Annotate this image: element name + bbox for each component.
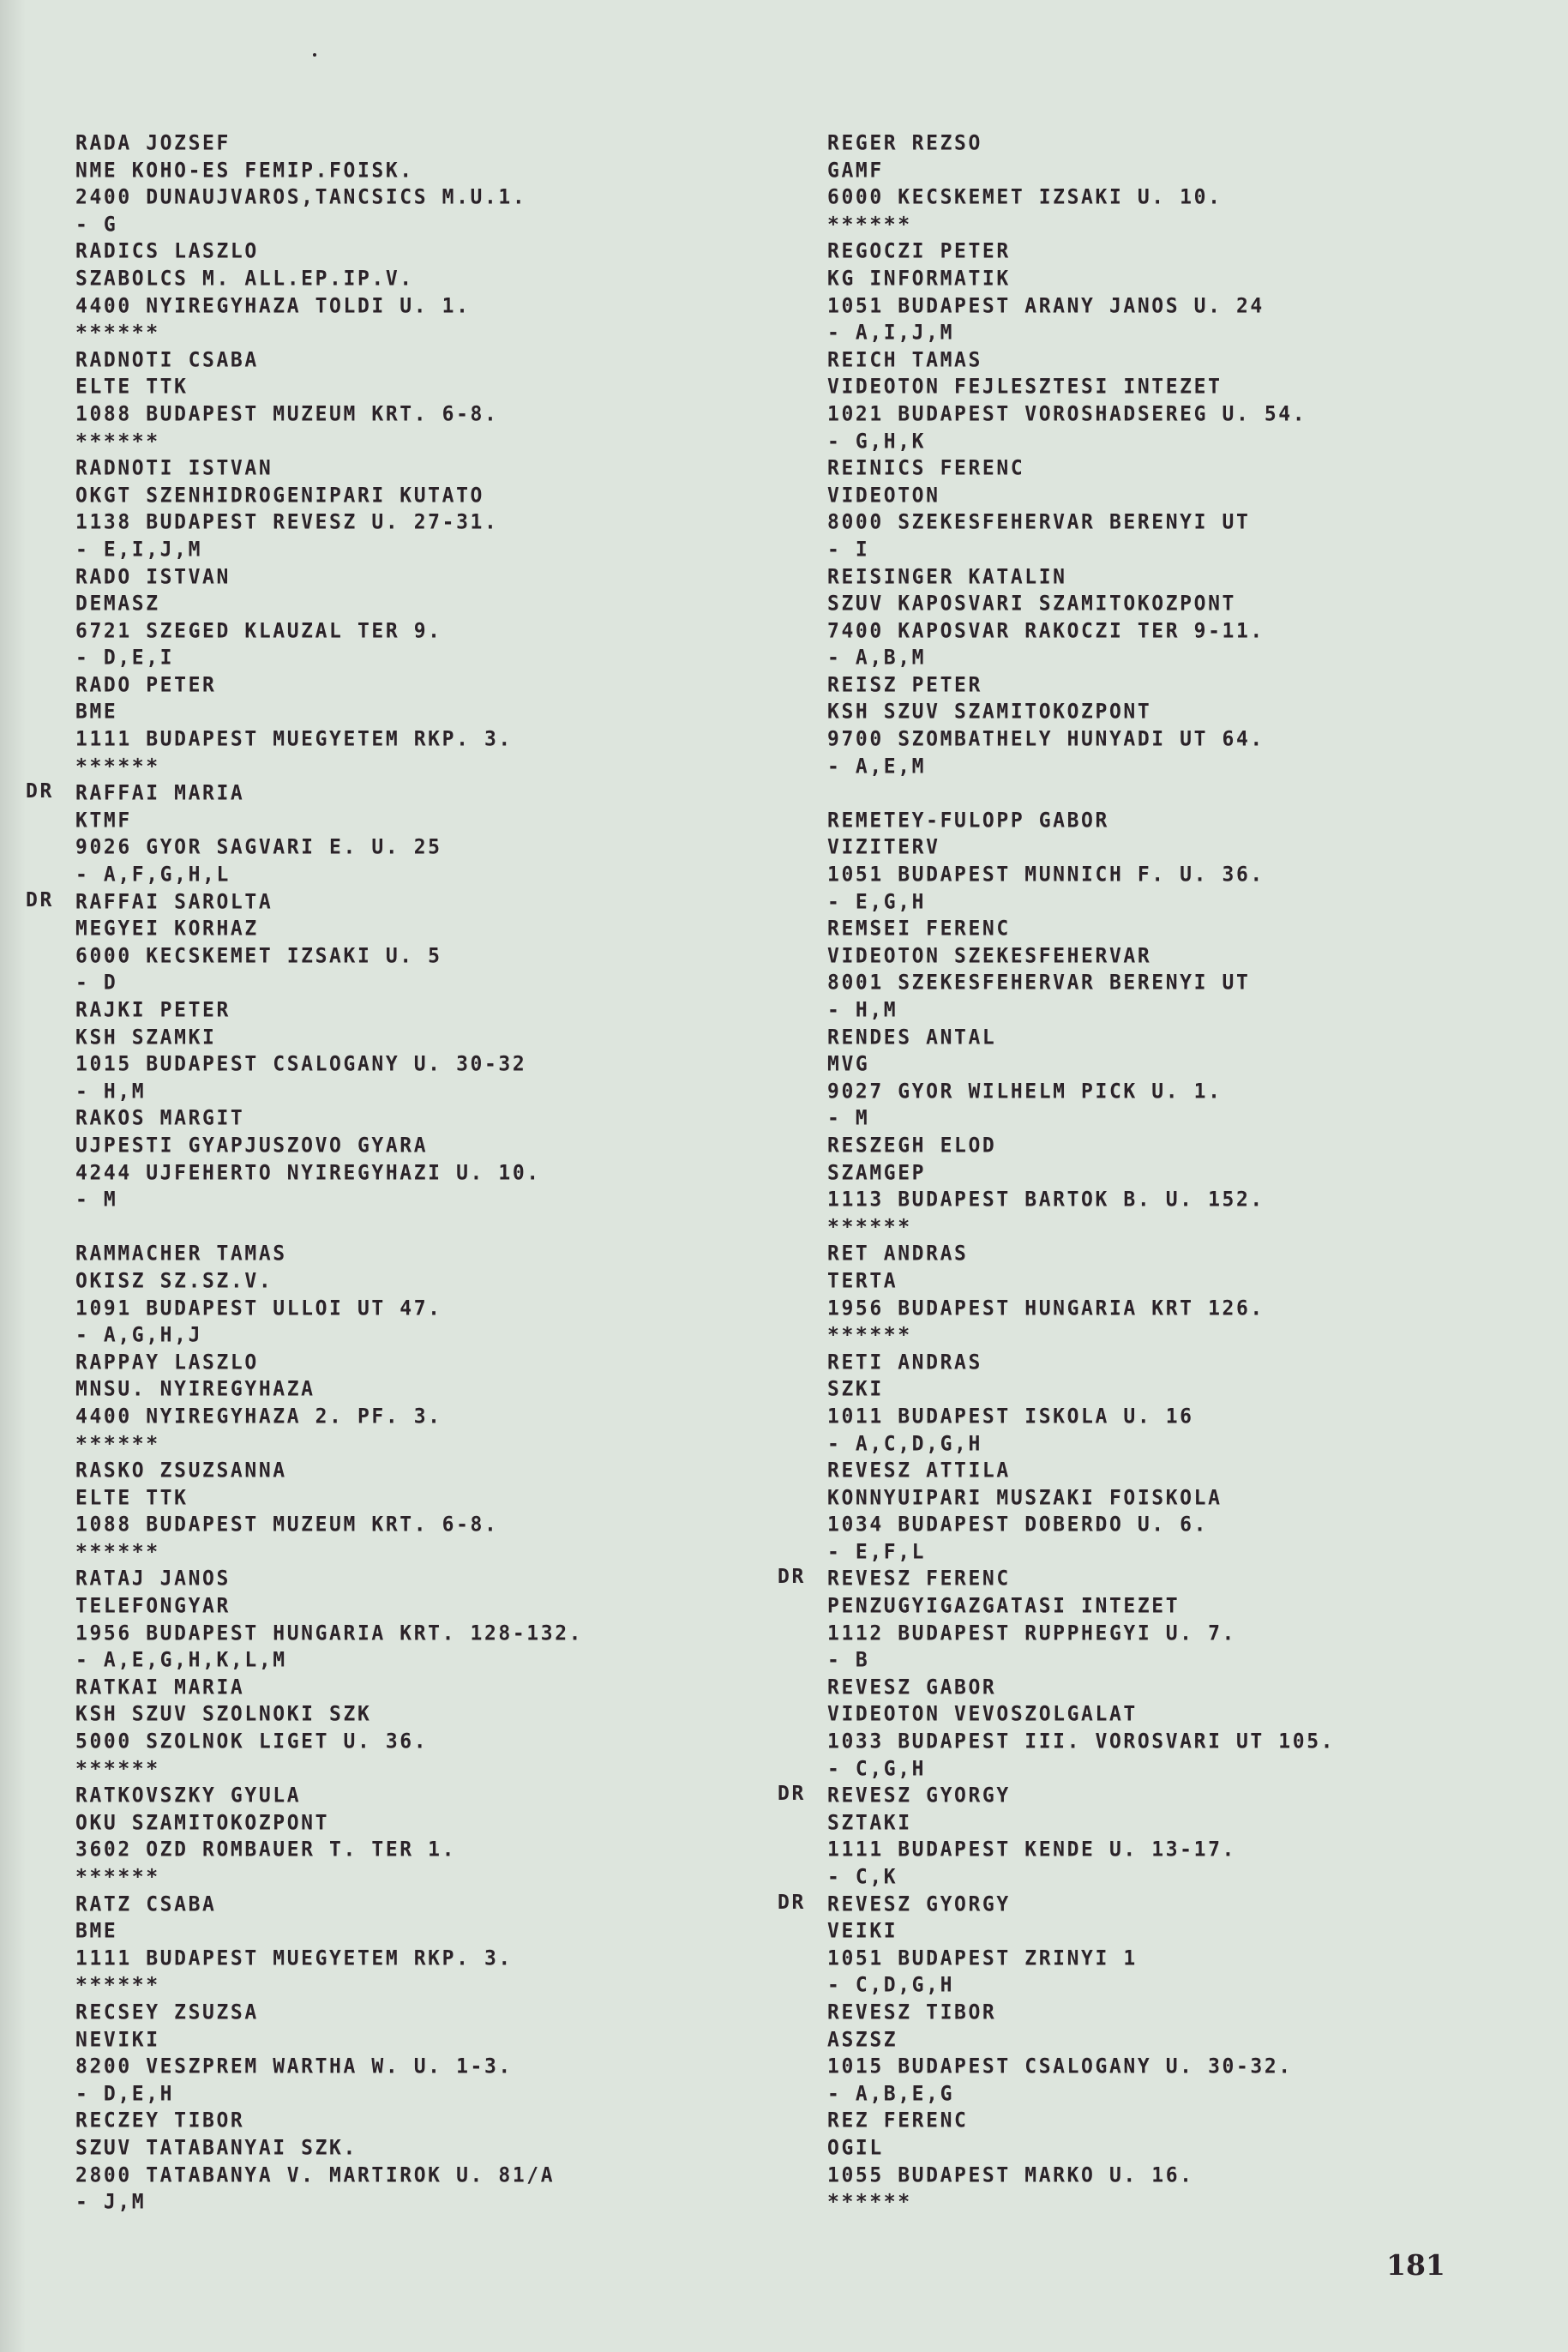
entry-address: 8000 SZEKESFEHERVAR BERENYI UT bbox=[827, 509, 1335, 538]
entry-institution: KTMF bbox=[75, 807, 583, 835]
entry-institution: OGIL bbox=[827, 2134, 1335, 2163]
entry-institution: MEGYEI KORHAZ bbox=[75, 915, 583, 943]
entry-address: 8001 SZEKESFEHERVAR BERENYI UT bbox=[827, 970, 1335, 998]
entry-name: RECZEY TIBOR bbox=[75, 2108, 583, 2136]
directory-entry: REMSEI FERENCVIDEOTON SZEKESFEHERVAR8001… bbox=[827, 916, 1335, 1024]
entry-institution: VEIKI bbox=[827, 1917, 1335, 1946]
entry-name: RESZEGH ELOD bbox=[827, 1132, 1335, 1160]
directory-entry: REGOCZI PETERKG INFORMATIK1051 BUDAPEST … bbox=[827, 238, 1335, 346]
entry-institution: VIZITERV bbox=[827, 834, 1335, 863]
entry-institution: KSH SZUV SZAMITOKOZPONT bbox=[827, 699, 1335, 727]
entry-institution: SZAMGEP bbox=[827, 1159, 1335, 1188]
entry-name: REICH TAMAS bbox=[827, 346, 1335, 375]
entry-codes: - G bbox=[75, 211, 583, 239]
entry-address: 1138 BUDAPEST REVESZ U. 27-31. bbox=[75, 509, 583, 538]
entry-institution: DEMASZ bbox=[75, 590, 583, 618]
entry-institution: KONNYUIPARI MUSZAKI FOISKOLA bbox=[827, 1484, 1335, 1513]
entry-name: RAPPAY LASZLO bbox=[75, 1349, 583, 1377]
entry-codes: - E,F,L bbox=[827, 1538, 1335, 1567]
entry-codes: ****** bbox=[827, 1213, 1335, 1242]
title-prefix: DR bbox=[778, 1892, 806, 1914]
entry-institution: VIDEOTON VEVOSZOLGALAT bbox=[827, 1701, 1335, 1729]
entry-address: 1015 BUDAPEST CSALOGANY U. 30-32 bbox=[75, 1050, 583, 1079]
directory-entry: RESZEGH ELODSZAMGEP1113 BUDAPEST BARTOK … bbox=[827, 1133, 1335, 1241]
entry-codes: - H,M bbox=[75, 1078, 583, 1106]
entry-name: RETI ANDRAS bbox=[827, 1349, 1335, 1377]
entry-address: 8200 VESZPREM WARTHA W. U. 1-3. bbox=[75, 2053, 583, 2081]
directory-entry: RAPPAY LASZLOMNSU. NYIREGYHAZA4400 NYIRE… bbox=[75, 1350, 583, 1458]
entry-codes: ****** bbox=[75, 1430, 583, 1459]
entry-address: 1051 BUDAPEST ARANY JANOS U. 24 bbox=[827, 292, 1335, 321]
directory-entry: DRRAFFAI MARIAKTMF9026 GYOR SAGVARI E. U… bbox=[75, 780, 583, 888]
entry-institution: MNSU. NYIREGYHAZA bbox=[75, 1376, 583, 1405]
entry-name: RET ANDRAS bbox=[827, 1241, 1335, 1269]
entry-institution: OKU SZAMITOKOZPONT bbox=[75, 1809, 583, 1838]
entry-address: 1011 BUDAPEST ISKOLA U. 16 bbox=[827, 1403, 1335, 1431]
entry-name: RATKAI MARIA bbox=[75, 1674, 583, 1702]
entry-name: RECSEY ZSUZSA bbox=[75, 1999, 583, 2027]
entry-name: RAFFAI SAROLTA bbox=[75, 888, 583, 917]
directory-entry: RADNOTI ISTVANOKGT SZENHIDROGENIPARI KUT… bbox=[75, 455, 583, 563]
directory-column-left: RADA JOZSEFNME KOHO-ES FEMIP.FOISK.2400 … bbox=[75, 130, 583, 2217]
entry-codes: - A,B,E,G bbox=[827, 2080, 1335, 2108]
entry-name: RATAJ JANOS bbox=[75, 1566, 583, 1594]
directory-column-right: REGER REZSOGAMF6000 KECSKEMET IZSAKI U. … bbox=[827, 130, 1335, 2217]
entry-address: 4400 NYIREGYHAZA TOLDI U. 1. bbox=[75, 292, 583, 321]
entry-name: RASKO ZSUZSANNA bbox=[75, 1457, 583, 1485]
entry-name: RAKOS MARGIT bbox=[75, 1105, 583, 1134]
entry-institution: NME KOHO-ES FEMIP.FOISK. bbox=[75, 157, 583, 185]
directory-entry: RADICS LASZLOSZABOLCS M. ALL.EP.IP.V.440… bbox=[75, 238, 583, 346]
directory-entry: RECZEY TIBORSZUV TATABANYAI SZK.2800 TAT… bbox=[75, 2108, 583, 2216]
entry-codes: ****** bbox=[827, 1321, 1335, 1350]
entry-codes: - A,E,G,H,K,L,M bbox=[75, 1646, 583, 1675]
title-prefix: DR bbox=[26, 889, 54, 911]
directory-entry: RATAJ JANOSTELEFONGYAR1956 BUDAPEST HUNG… bbox=[75, 1566, 583, 1674]
entry-address: 5000 SZOLNOK LIGET U. 36. bbox=[75, 1728, 583, 1756]
entry-institution: OKGT SZENHIDROGENIPARI KUTATO bbox=[75, 482, 583, 510]
directory-entry: RENDES ANTALMVG9027 GYOR WILHELM PICK U.… bbox=[827, 1025, 1335, 1133]
entry-name: RENDES ANTAL bbox=[827, 1024, 1335, 1052]
directory-entry: RADO ISTVANDEMASZ6721 SZEGED KLAUZAL TER… bbox=[75, 564, 583, 672]
entry-name: RAMMACHER TAMAS bbox=[75, 1241, 583, 1269]
entry-name: RATKOVSZKY GYULA bbox=[75, 1782, 583, 1810]
directory-entry: RATZ CSABABME1111 BUDAPEST MUEGYETEM RKP… bbox=[75, 1892, 583, 2000]
entry-address: 1033 BUDAPEST III. VOROSVARI UT 105. bbox=[827, 1728, 1335, 1756]
directory-entry: DRREVESZ GYORGYSZTAKI1111 BUDAPEST KENDE… bbox=[827, 1783, 1335, 1891]
entry-codes: - A,F,G,H,L bbox=[75, 861, 583, 889]
directory-entry: RECSEY ZSUZSANEVIKI8200 VESZPREM WARTHA … bbox=[75, 2000, 583, 2108]
entry-codes: - A,I,J,M bbox=[827, 319, 1335, 347]
directory-entry: REISINGER KATALINSZUV KAPOSVARI SZAMITOK… bbox=[827, 564, 1335, 672]
entry-address: 1088 BUDAPEST MUZEUM KRT. 6-8. bbox=[75, 400, 583, 429]
entry-address: 1956 BUDAPEST HUNGARIA KRT. 128-132. bbox=[75, 1620, 583, 1648]
title-prefix: DR bbox=[778, 1783, 806, 1805]
entry-address: 1956 BUDAPEST HUNGARIA KRT 126. bbox=[827, 1295, 1335, 1323]
directory-entry: RAJKI PETERKSH SZAMKI1015 BUDAPEST CSALO… bbox=[75, 997, 583, 1105]
entry-name: REISZ PETER bbox=[827, 671, 1335, 700]
entry-address: 1113 BUDAPEST BARTOK B. U. 152. bbox=[827, 1186, 1335, 1214]
entry-name: REVESZ ATTILA bbox=[827, 1457, 1335, 1485]
entry-name: REMETEY-FULOPP GABOR bbox=[827, 807, 1335, 835]
directory-entry: RETI ANDRASSZKI1011 BUDAPEST ISKOLA U. 1… bbox=[827, 1350, 1335, 1458]
entry-institution: ASZSZ bbox=[827, 2026, 1335, 2054]
directory-entry: RATKAI MARIAKSH SZUV SZOLNOKI SZK5000 SZ… bbox=[75, 1675, 583, 1783]
entry-institution: NEVIKI bbox=[75, 2026, 583, 2054]
directory-entry: RASKO ZSUZSANNAELTE TTK1088 BUDAPEST MUZ… bbox=[75, 1458, 583, 1566]
page-edge-shadow bbox=[0, 0, 26, 2352]
entry-codes: - A,B,M bbox=[827, 644, 1335, 672]
ink-speck bbox=[313, 53, 316, 57]
entry-institution: VIDEOTON FEJLESZTESI INTEZET bbox=[827, 374, 1335, 402]
entry-address: 9027 GYOR WILHELM PICK U. 1. bbox=[827, 1078, 1335, 1106]
entry-institution: KG INFORMATIK bbox=[827, 265, 1335, 293]
entry-institution: VIDEOTON bbox=[827, 482, 1335, 510]
entry-codes: ****** bbox=[75, 319, 583, 347]
entry-codes: - I bbox=[827, 536, 1335, 564]
entry-name: REVESZ TIBOR bbox=[827, 1999, 1335, 2027]
entry-name: REINICS FERENC bbox=[827, 454, 1335, 483]
entry-name: REGER REZSO bbox=[827, 129, 1335, 158]
entry-codes: ****** bbox=[75, 1755, 583, 1784]
directory-entry: RAMMACHER TAMASOKISZ SZ.SZ.V.1091 BUDAPE… bbox=[75, 1241, 583, 1349]
entry-codes: ****** bbox=[827, 2188, 1335, 2217]
entry-name: RAJKI PETER bbox=[75, 996, 583, 1025]
entry-address: 1111 BUDAPEST MUEGYETEM RKP. 3. bbox=[75, 725, 583, 754]
entry-address: 1088 BUDAPEST MUZEUM KRT. 6-8. bbox=[75, 1511, 583, 1539]
entry-address: 1015 BUDAPEST CSALOGANY U. 30-32. bbox=[827, 2053, 1335, 2081]
entry-address: 2400 DUNAUJVAROS,TANCSICS M.U.1. bbox=[75, 183, 583, 212]
entry-spacer bbox=[827, 779, 1335, 808]
entry-name: RAFFAI MARIA bbox=[75, 779, 583, 808]
entry-institution: MVG bbox=[827, 1050, 1335, 1079]
entry-codes: - E,G,H bbox=[827, 888, 1335, 917]
directory-entry: REVESZ TIBORASZSZ1015 BUDAPEST CSALOGANY… bbox=[827, 2000, 1335, 2108]
entry-institution: KSH SZAMKI bbox=[75, 1024, 583, 1052]
directory-entry: REICH TAMASVIDEOTON FEJLESZTESI INTEZET1… bbox=[827, 347, 1335, 455]
directory-entry: REINICS FERENCVIDEOTON8000 SZEKESFEHERVA… bbox=[827, 455, 1335, 563]
entry-codes: - M bbox=[75, 1186, 583, 1214]
entry-address: 4244 UJFEHERTO NYIREGYHAZI U. 10. bbox=[75, 1159, 583, 1188]
entry-codes: - D,E,I bbox=[75, 644, 583, 672]
entry-institution: VIDEOTON SZEKESFEHERVAR bbox=[827, 942, 1335, 971]
entry-codes: - C,K bbox=[827, 1863, 1335, 1892]
entry-address: 1051 BUDAPEST MUNNICH F. U. 36. bbox=[827, 861, 1335, 889]
entry-spacer bbox=[75, 1213, 583, 1242]
entry-institution: ELTE TTK bbox=[75, 374, 583, 402]
entry-codes: - A,E,M bbox=[827, 753, 1335, 781]
entry-address: 1111 BUDAPEST MUEGYETEM RKP. 3. bbox=[75, 1945, 583, 1973]
title-prefix: DR bbox=[26, 780, 54, 803]
entry-address: 3602 OZD ROMBAUER T. TER 1. bbox=[75, 1837, 583, 1865]
entry-address: 9026 GYOR SAGVARI E. U. 25 bbox=[75, 834, 583, 863]
entry-name: REMSEI FERENC bbox=[827, 915, 1335, 943]
entry-name: RADO ISTVAN bbox=[75, 563, 583, 592]
entry-address: 1091 BUDAPEST ULLOI UT 47. bbox=[75, 1295, 583, 1323]
directory-entry: REMETEY-FULOPP GABORVIZITERV1051 BUDAPES… bbox=[827, 808, 1335, 916]
entry-codes: - H,M bbox=[827, 996, 1335, 1025]
directory-entry: RATKOVSZKY GYULAOKU SZAMITOKOZPONT3602 O… bbox=[75, 1783, 583, 1891]
entry-address: 6000 KECSKEMET IZSAKI U. 10. bbox=[827, 183, 1335, 212]
entry-codes: ****** bbox=[827, 211, 1335, 239]
directory-entry: RADNOTI CSABAELTE TTK1088 BUDAPEST MUZEU… bbox=[75, 347, 583, 455]
entry-codes: - G,H,K bbox=[827, 428, 1335, 456]
directory-entry: RADA JOZSEFNME KOHO-ES FEMIP.FOISK.2400 … bbox=[75, 130, 583, 238]
entry-address: 7400 KAPOSVAR RAKOCZI TER 9-11. bbox=[827, 617, 1335, 646]
entry-address: 4400 NYIREGYHAZA 2. PF. 3. bbox=[75, 1403, 583, 1431]
directory-entry: REVESZ GABORVIDEOTON VEVOSZOLGALAT1033 B… bbox=[827, 1675, 1335, 1783]
entry-institution: SZKI bbox=[827, 1376, 1335, 1405]
directory-entry: REGER REZSOGAMF6000 KECSKEMET IZSAKI U. … bbox=[827, 130, 1335, 238]
entry-codes: - C,D,G,H bbox=[827, 1972, 1335, 2000]
entry-codes: ****** bbox=[75, 753, 583, 781]
directory-entry: DRREVESZ FERENCPENZUGYIGAZGATASI INTEZET… bbox=[827, 1566, 1335, 1674]
entry-address: 9700 SZOMBATHELY HUNYADI UT 64. bbox=[827, 725, 1335, 754]
entry-institution: SZABOLCS M. ALL.EP.IP.V. bbox=[75, 265, 583, 293]
entry-institution: UJPESTI GYAPJUSZOVO GYARA bbox=[75, 1132, 583, 1160]
entry-codes: - C,G,H bbox=[827, 1755, 1335, 1784]
entry-codes: - B bbox=[827, 1646, 1335, 1675]
page-number: 181 bbox=[1386, 2248, 1445, 2282]
entry-name: RATZ CSABA bbox=[75, 1891, 583, 1919]
directory-entry: REZ FERENCOGIL1055 BUDAPEST MARKO U. 16.… bbox=[827, 2108, 1335, 2216]
entry-name: RADICS LASZLO bbox=[75, 238, 583, 267]
entry-codes: ****** bbox=[75, 1972, 583, 2000]
entry-codes: - E,I,J,M bbox=[75, 536, 583, 564]
directory-entry: REVESZ ATTILAKONNYUIPARI MUSZAKI FOISKOL… bbox=[827, 1458, 1335, 1566]
entry-name: RADNOTI CSABA bbox=[75, 346, 583, 375]
directory-entry: RAKOS MARGITUJPESTI GYAPJUSZOVO GYARA424… bbox=[75, 1105, 583, 1241]
entry-name: REVESZ GABOR bbox=[827, 1674, 1335, 1702]
entry-name: RADNOTI ISTVAN bbox=[75, 454, 583, 483]
entry-institution: KSH SZUV SZOLNOKI SZK bbox=[75, 1701, 583, 1729]
entry-name: RADA JOZSEF bbox=[75, 129, 583, 158]
entry-address: 1055 BUDAPEST MARKO U. 16. bbox=[827, 2162, 1335, 2190]
entry-institution: BME bbox=[75, 699, 583, 727]
entry-institution: SZUV KAPOSVARI SZAMITOKOZPONT bbox=[827, 590, 1335, 618]
entry-codes: ****** bbox=[75, 1863, 583, 1892]
directory-entry: RET ANDRASTERTA1956 BUDAPEST HUNGARIA KR… bbox=[827, 1241, 1335, 1349]
entry-address: 1034 BUDAPEST DOBERDO U. 6. bbox=[827, 1511, 1335, 1539]
entry-address: 1111 BUDAPEST KENDE U. 13-17. bbox=[827, 1837, 1335, 1865]
entry-name: RADO PETER bbox=[75, 671, 583, 700]
entry-institution: BME bbox=[75, 1917, 583, 1946]
entry-codes: - D bbox=[75, 970, 583, 998]
entry-name: REISINGER KATALIN bbox=[827, 563, 1335, 592]
directory-entry: DRRAFFAI SAROLTAMEGYEI KORHAZ6000 KECSKE… bbox=[75, 889, 583, 997]
entry-institution: ELTE TTK bbox=[75, 1484, 583, 1513]
entry-institution: OKISZ SZ.SZ.V. bbox=[75, 1267, 583, 1296]
entry-institution: SZUV TATABANYAI SZK. bbox=[75, 2134, 583, 2163]
entry-institution: SZTAKI bbox=[827, 1809, 1335, 1838]
entry-codes: ****** bbox=[75, 428, 583, 456]
entry-institution: TELEFONGYAR bbox=[75, 1592, 583, 1621]
entry-institution: TERTA bbox=[827, 1267, 1335, 1296]
entry-codes: - D,E,H bbox=[75, 2080, 583, 2108]
entry-name: REVESZ GYORGY bbox=[827, 1782, 1335, 1810]
entry-name: REVESZ FERENC bbox=[827, 1566, 1335, 1594]
directory-entry: RADO PETERBME1111 BUDAPEST MUEGYETEM RKP… bbox=[75, 672, 583, 780]
entry-address: 6000 KECSKEMET IZSAKI U. 5 bbox=[75, 942, 583, 971]
directory-entry: DRREVESZ GYORGYVEIKI1051 BUDAPEST ZRINYI… bbox=[827, 1892, 1335, 2000]
entry-address: 1112 BUDAPEST RUPPHEGYI U. 7. bbox=[827, 1620, 1335, 1648]
directory-entry: REISZ PETERKSH SZUV SZAMITOKOZPONT9700 S… bbox=[827, 672, 1335, 808]
entry-address: 1051 BUDAPEST ZRINYI 1 bbox=[827, 1945, 1335, 1973]
entry-institution: PENZUGYIGAZGATASI INTEZET bbox=[827, 1592, 1335, 1621]
entry-name: REZ FERENC bbox=[827, 2108, 1335, 2136]
entry-institution: GAMF bbox=[827, 157, 1335, 185]
entry-codes: - M bbox=[827, 1105, 1335, 1134]
title-prefix: DR bbox=[778, 1566, 806, 1588]
entry-address: 6721 SZEGED KLAUZAL TER 9. bbox=[75, 617, 583, 646]
entry-codes: - J,M bbox=[75, 2188, 583, 2217]
entry-address: 1021 BUDAPEST VOROSHADSEREG U. 54. bbox=[827, 400, 1335, 429]
entry-address: 2800 TATABANYA V. MARTIROK U. 81/A bbox=[75, 2162, 583, 2190]
entry-codes: - A,C,D,G,H bbox=[827, 1430, 1335, 1459]
entry-name: REVESZ GYORGY bbox=[827, 1891, 1335, 1919]
entry-codes: - A,G,H,J bbox=[75, 1321, 583, 1350]
entry-name: REGOCZI PETER bbox=[827, 238, 1335, 267]
entry-codes: ****** bbox=[75, 1538, 583, 1567]
